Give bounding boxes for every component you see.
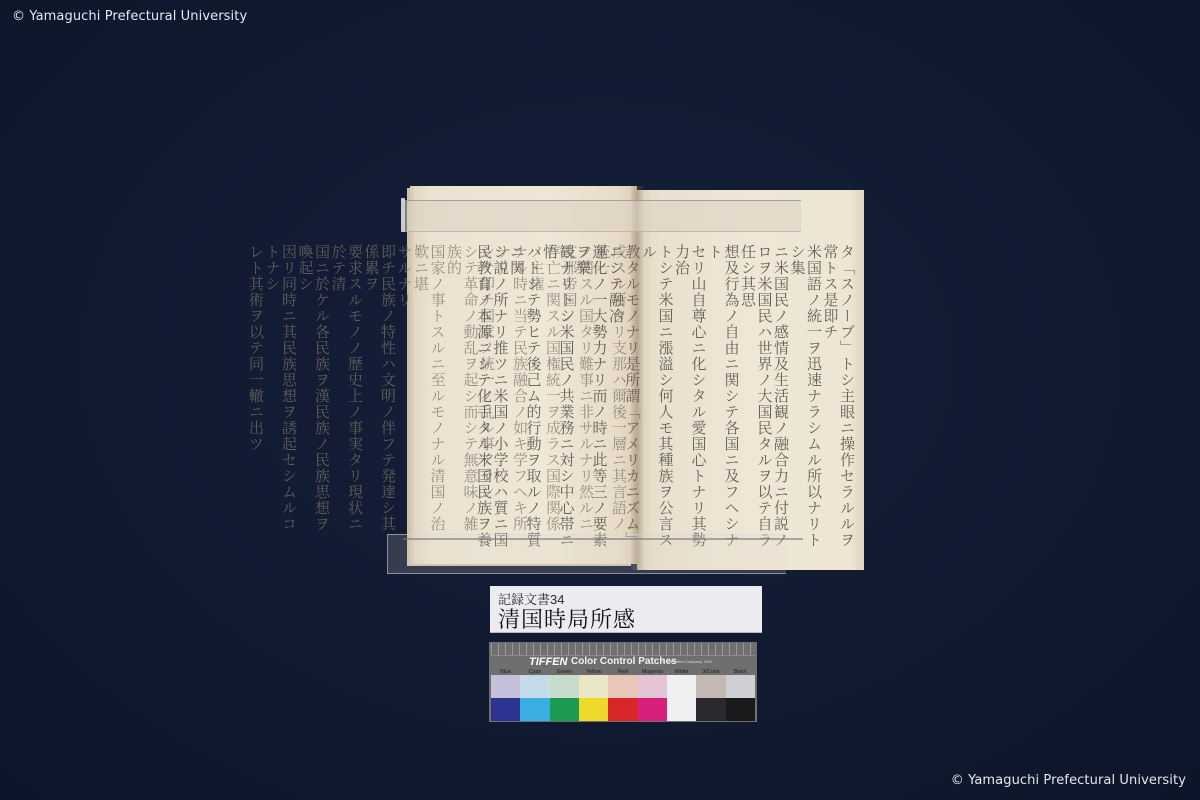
patch-dark (579, 698, 608, 721)
text-column: タ「スノーブ」トシ主眼ニ操作セラルルヲ常トス是即チ (822, 244, 855, 554)
acrylic-holder-bottom (387, 534, 786, 574)
color-control-card: TIFFEN Color Control Patches © The Tiffe… (489, 642, 757, 722)
acrylic-holder-edge (403, 538, 803, 540)
acrylic-holder-top (403, 200, 801, 232)
text-column: 即チ民族ノ特性ハ文明ノ伴フテ発達シ其係累ヲ (363, 244, 396, 544)
patch-light (667, 675, 696, 721)
text-column: 運化ノ一大勢力ナリ而ノ時ニ此等三ノ要素ヲ樂 (575, 244, 608, 554)
text-column: 民教育ノ本源ニシテ化手タル米国民族ヲ養 (476, 244, 493, 554)
text-column: ハトシテ勢ヒテ後己ム的行動ヲ取ルノ特質ニ関 (509, 244, 542, 554)
patch-light (491, 675, 520, 698)
color-patches (491, 675, 755, 721)
patch-column-magenta (638, 675, 667, 721)
color-card-title: Color Control Patches (571, 656, 677, 667)
text-column: セリ山自尊心ニ化シタル愛国心トナリ其勢力治 (674, 244, 707, 554)
text-column: 想及行為ノ自由ニ関シテ各国ニ及フヘシナト (707, 244, 740, 554)
text-column: 観ナリトシ米国民ノ共業務ニ対シ中心帯ニ悟 (542, 244, 575, 554)
text-column: 国ニ於ケル各民族ヲ漢民族ノ民族思想ヲ喚起シ (297, 244, 330, 544)
patch-column-green (550, 675, 579, 721)
text-column: ニ米国民ノ感情及生活観ノ融合力ニ付説ノ (773, 244, 790, 554)
copyright-notice-top: © Yamaguchi Prefectural University (12, 9, 247, 24)
text-column: 要求スルモノノ歴史上ノ事実タリ現状ニ於テ清 (330, 244, 363, 544)
patch-dark (608, 698, 637, 721)
text-column: 米国語ノ統一ヲ迅速ナラシムル所以ナリトシ集 (789, 244, 822, 554)
document-title: 清国時局所感 (498, 603, 636, 634)
document-label-card: 記録文書34 清国時局所感 (490, 586, 762, 632)
patch-column-blue (491, 675, 520, 721)
patch-column-cyan (520, 675, 549, 721)
patch-dark (726, 698, 755, 721)
tiffen-logo: TIFFEN (529, 656, 568, 668)
patch-column-3-color (696, 675, 725, 721)
book-gutter (631, 186, 643, 570)
open-document-booklet: 戌スル所タリ支那ハ爾後一層ニ其言語ノ統一ノ関スル国タリ難事ニ非サルナリ然ルニ支那… (403, 186, 863, 576)
text-column: 因リ同時ニ其民族思想ヲ誘起セシムルコトナシ (264, 244, 297, 544)
patch-dark (638, 698, 667, 721)
patch-dark (696, 698, 725, 721)
copyright-notice-bottom: © Yamaguchi Prefectural University (951, 773, 1186, 788)
patch-light (550, 675, 579, 698)
patch-column-yellow (579, 675, 608, 721)
patch-light (726, 675, 755, 698)
patch-light (608, 675, 637, 698)
patch-column-black (726, 675, 755, 721)
text-column: 国家ノ事トスルニ至ルモノナル清国ノ治歎ニ堪 (413, 244, 446, 544)
text-column: レト其術ヲ以テ同一轍ニ出ツ (248, 244, 265, 544)
text-column: ロヲ米国民ハ世界ノ大国民タルヲ以テ自ラ任シ其思 (740, 244, 773, 554)
right-page-handwriting: タ「スノーブ」トシ主眼ニ操作セラルルヲ常トス是即チ米国語ノ統一ヲ迅速ナラシムル所… (476, 244, 856, 554)
color-card-copyright: © The Tiffen Company, 2007 (662, 659, 713, 664)
patch-column-red (608, 675, 637, 721)
ruler-scale (491, 643, 755, 656)
text-column: シテ革命ノ動乱ヲ起シ而シテ無意味ノ雑族的 (446, 244, 479, 544)
patch-light (696, 675, 725, 698)
right-page: タ「スノーブ」トシ主眼ニ操作セラルルヲ常トス是即チ米国語ノ統一ヲ迅速ナラシムル所… (637, 190, 861, 570)
text-column: サルナリ (396, 244, 413, 544)
text-column: シ説ノ所ナリ推ツニ米国ノ小学校ハ質ニ国 (492, 244, 509, 554)
patch-column-white (667, 675, 696, 721)
patch-light (579, 675, 608, 698)
acrylic-clip (401, 198, 405, 232)
patch-light (520, 675, 549, 698)
patch-dark (520, 698, 549, 721)
patch-light (638, 675, 667, 698)
text-column: トシテ米国ニ漲溢シ何人モ其種族ヲ公言スル (641, 244, 674, 554)
patch-dark (491, 698, 520, 721)
patch-dark (550, 698, 579, 721)
